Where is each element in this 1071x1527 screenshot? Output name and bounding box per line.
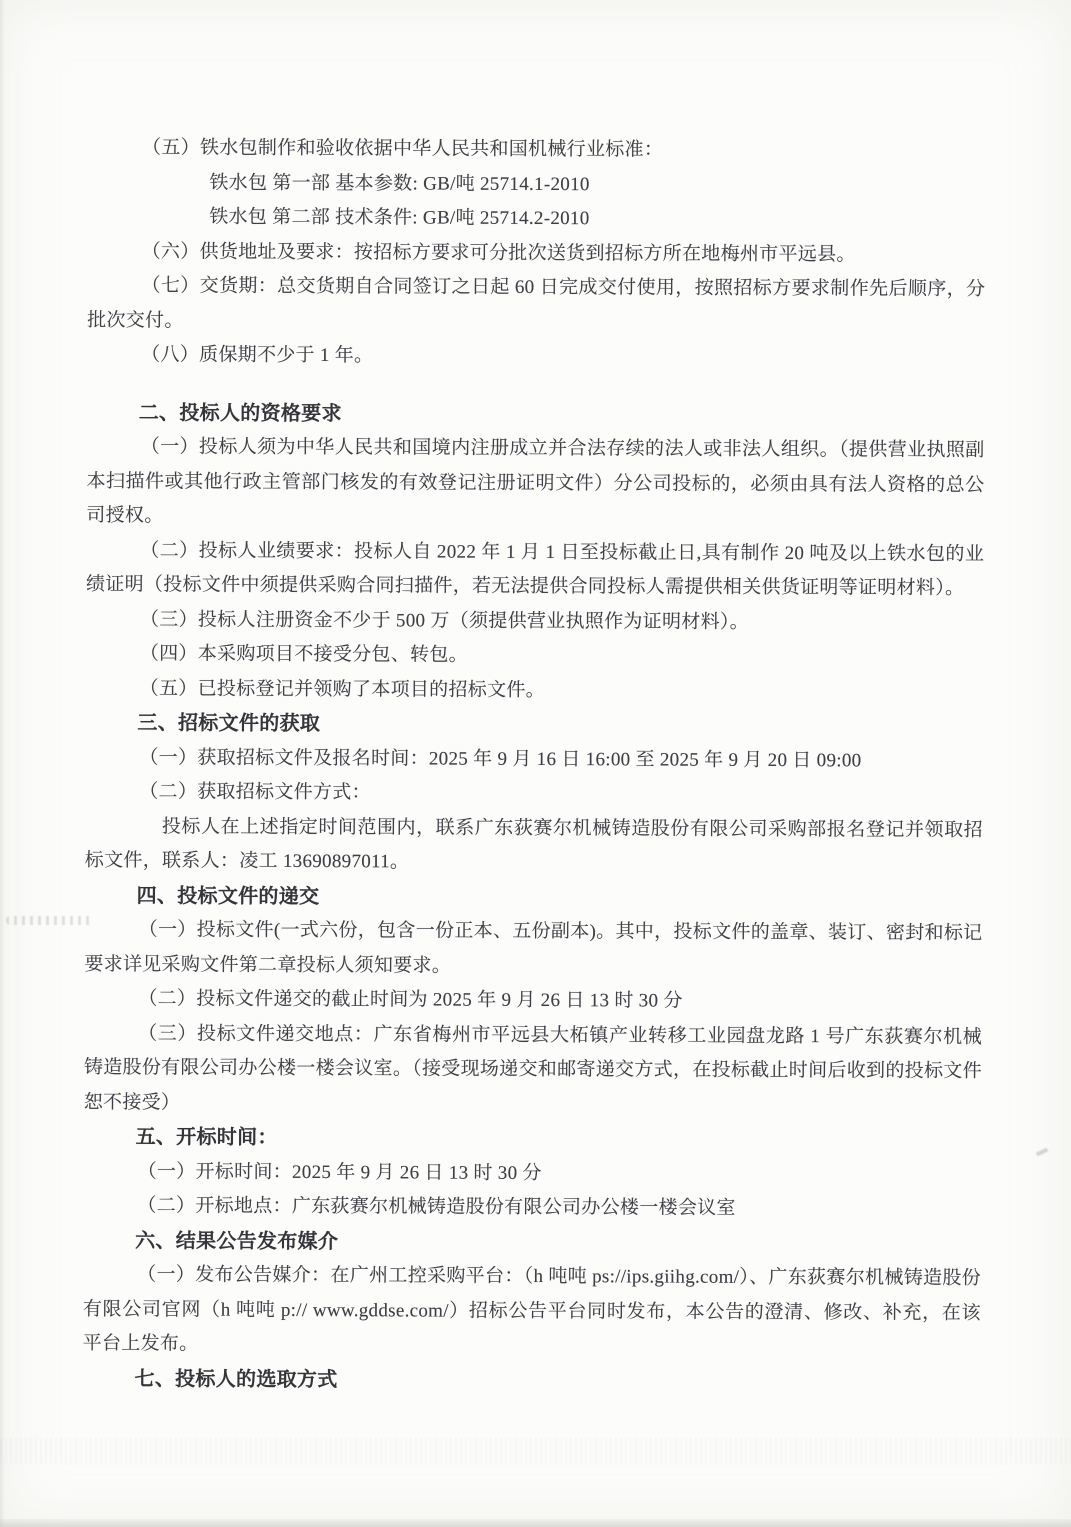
document-paragraph: （二）开标地点：广东荻赛尔机械铸造股份有限公司办公楼一楼会议室 bbox=[83, 1189, 981, 1227]
section-heading: 六、结果公告发布媒介 bbox=[83, 1223, 981, 1261]
section-heading: 四、投标文件的递交 bbox=[85, 878, 983, 916]
document-paragraph: （二）投标人业绩要求：投标人自 2022 年 1 月 1 日至投标截止日,具有制… bbox=[86, 533, 984, 606]
document-paragraph: （三）投标文件递交地点：广东省梅州市平远县大柘镇产业转移工业园盘龙路 1 号广东… bbox=[84, 1016, 982, 1123]
scan-smudge-artifact bbox=[6, 916, 92, 925]
document-paragraph: （五）铁水包制作和验收依据中华人民共和国机械行业标准： bbox=[88, 131, 986, 169]
document-paragraph: 投标人在上述指定时间范围内，联系广东荻赛尔机械铸造股份有限公司采购部报名登记并领… bbox=[85, 809, 983, 882]
document-paragraph: （一）开标时间：2025 年 9 月 26 日 13 时 30 分 bbox=[83, 1154, 981, 1192]
document-paragraph: （三）投标人注册资金不少于 500 万（须提供营业执照作为证明材料）。 bbox=[86, 602, 984, 640]
document-paragraph: （一）获取招标文件及报名时间：2025 年 9 月 16 日 16:00 至 2… bbox=[85, 740, 983, 778]
scan-left-edge bbox=[0, 0, 5, 1527]
document-paragraph: （四）本采购项目不接受分包、转包。 bbox=[86, 637, 984, 675]
document-paragraph: （一）发布公告媒介：在广州工控采购平台：（h 吨吨 ps://ips.giihg… bbox=[83, 1258, 981, 1365]
scan-noise-strip bbox=[0, 1438, 1071, 1464]
section-heading: 五、开标时间： bbox=[84, 1120, 982, 1158]
document-paragraph: （二）获取招标文件方式： bbox=[85, 775, 983, 813]
document-paragraph: （二）投标文件递交的截止时间为 2025 年 9 月 26 日 13 时 30 … bbox=[84, 982, 982, 1020]
document-paragraph: （七）交货期：总交货期自合同签订之日起 60 日完成交付使用，按照招标方要求制作… bbox=[87, 269, 985, 342]
section-heading: 三、招标文件的获取 bbox=[85, 706, 983, 744]
scan-bottom-edge bbox=[0, 1519, 1071, 1527]
document-body: （五）铁水包制作和验收依据中华人民共和国机械行业标准：铁水包 第一部 基本参数:… bbox=[82, 131, 986, 1400]
scanned-document-page: （五）铁水包制作和验收依据中华人民共和国机械行业标准：铁水包 第一部 基本参数:… bbox=[0, 0, 1071, 1527]
section-heading: 二、投标人的资格要求 bbox=[87, 395, 985, 433]
section-heading: 七、投标人的选取方式 bbox=[82, 1361, 980, 1399]
document-paragraph: 铁水包 第一部 基本参数: GB/吨 25714.1-2010 bbox=[88, 165, 986, 203]
document-paragraph: （一）投标人须为中华人民共和国境内注册成立并合法存续的法人或非法人组织。（提供营… bbox=[86, 430, 984, 537]
scan-speck-artifact bbox=[1036, 1148, 1049, 1157]
document-paragraph: 铁水包 第二部 技术条件: GB/吨 25714.2-2010 bbox=[88, 200, 986, 238]
document-paragraph: （六）供货地址及要求：按招标方要求可分批次送货到招标方所在地梅州市平远县。 bbox=[87, 234, 985, 272]
document-paragraph: （一）投标文件(一式六份，包含一份正本、五份副本)。其中，投标文件的盖章、装订、… bbox=[84, 913, 982, 986]
document-paragraph: （五）已投标登记并领购了本项目的招标文件。 bbox=[85, 671, 983, 709]
document-paragraph: （八）质保期不少于 1 年。 bbox=[87, 338, 985, 376]
